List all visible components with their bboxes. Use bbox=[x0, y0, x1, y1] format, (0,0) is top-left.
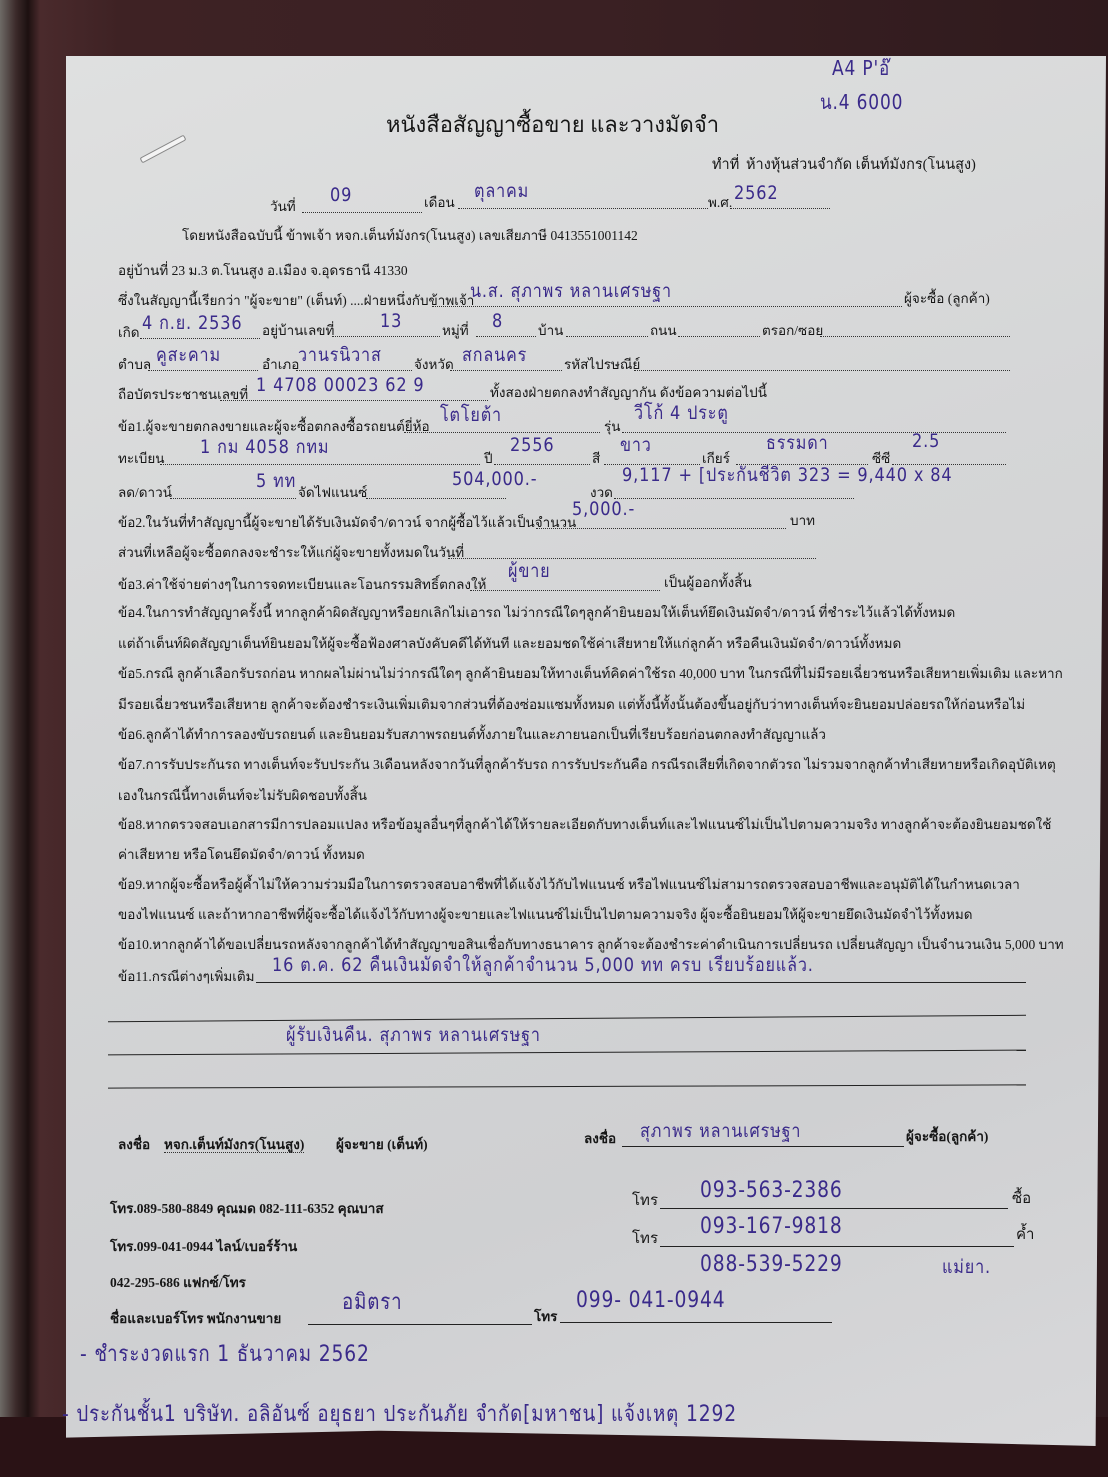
village-dots bbox=[566, 336, 648, 337]
clause-line: ข้อ5.กรณี ลูกค้าเลือกรับรถก่อน หากผลไม่ผ… bbox=[118, 667, 1063, 681]
clause-line: เองในกรณีนี้ทางเต็นท์จะไม่รับผิดชอบทั้งส… bbox=[118, 789, 367, 803]
shop-contact: โทร.099-041-0944 ไลน์/เบอร์ร้าน bbox=[110, 1240, 297, 1254]
mother-phone-number[interactable]: 088-539-5229 bbox=[700, 1254, 843, 1276]
place-value: ห้างหุ้นส่วนจำกัด เต็นท์มังกร(โนนสูง) bbox=[746, 158, 976, 173]
day-value[interactable]: 09 bbox=[330, 186, 352, 205]
salesperson-phone-label: โทร bbox=[534, 1310, 557, 1324]
district-value[interactable]: วานรนิวาส bbox=[298, 346, 382, 365]
buyer-phone-note: ซื้อ bbox=[1012, 1192, 1031, 1207]
color-value[interactable]: ขาว bbox=[620, 436, 652, 455]
buyer-phone-line bbox=[660, 1208, 1008, 1209]
remaining-label: ส่วนที่เหลือผู้จะซื้อตกลงจะชำระให้แก่ผู้… bbox=[118, 546, 464, 560]
vehicle-year-dots bbox=[494, 464, 590, 465]
down-dots bbox=[170, 498, 296, 499]
buyer-prefix-label: ซึ่งในสัญญานี้เรียกว่า "ผู้จะขาย" (เต็นท… bbox=[118, 294, 474, 308]
model-label: รุ่น bbox=[604, 420, 620, 434]
clause3-value[interactable]: ผู้ขาย bbox=[508, 562, 550, 581]
moo-value[interactable]: 8 bbox=[492, 312, 503, 331]
district-dots bbox=[296, 370, 412, 371]
installment-dots bbox=[614, 498, 854, 499]
clause3-label: ข้อ3.ค่าใช้จ่ายต่างๆในการจดทะเบียนและโอน… bbox=[118, 578, 486, 592]
born-label: เกิด bbox=[118, 326, 140, 340]
buyer-signature[interactable]: สุภาพร หลานเศรษฐา bbox=[640, 1122, 801, 1141]
road-dots bbox=[678, 336, 760, 337]
seller-sign-name: หจก.เต็นท์มังกร(โนนสูง) bbox=[164, 1138, 304, 1153]
clause-line: ข้อ8.หากตรวจสอบเอกสารมีการปลอมแปลง หรือข… bbox=[118, 818, 1051, 832]
clause2-label: ข้อ2.ในวันที่ทำสัญญานี้ผู้จะขายได้รับเงิ… bbox=[118, 516, 576, 530]
seller-address: อยู่บ้านที่ 23 ม.3 ต.โนนสูง อ.เมือง จ.อุ… bbox=[118, 264, 408, 278]
buyer-sign-role: ผู้จะซื้อ(ลูกค้า) bbox=[906, 1130, 988, 1144]
id-dots bbox=[220, 400, 488, 401]
finance-value[interactable]: 504,000.- bbox=[452, 470, 537, 489]
clause-line: ข้อ7.การรับประกันรถ ทางเต็นท์จะรับประกัน… bbox=[118, 758, 1056, 772]
salesperson-name-line bbox=[308, 1324, 532, 1325]
clause2-unit: บาท bbox=[790, 514, 815, 528]
salesperson-label: ชื่อและเบอร์โทร พนักงานขาย bbox=[110, 1312, 281, 1326]
year-label: พ.ศ. bbox=[708, 196, 732, 210]
guarantor-phone-note: ค้ำ bbox=[1016, 1228, 1034, 1243]
clause11-label: ข้อ11.กรณีต่างๆเพิ่มเติม bbox=[118, 970, 255, 984]
guarantor-phone-label: โทร bbox=[632, 1232, 658, 1247]
month-dots bbox=[458, 208, 708, 209]
page-title: หนังสือสัญญาซื้อขาย และวางมัดจำ bbox=[386, 114, 719, 136]
village-label: บ้าน bbox=[538, 324, 563, 338]
brand-dots bbox=[404, 432, 600, 433]
finance-label: จัดไฟแนนซ์ bbox=[298, 486, 367, 500]
id-value[interactable]: 1 4708 00023 62 9 bbox=[256, 376, 425, 395]
salesperson-name[interactable]: อมิตรา bbox=[342, 1292, 402, 1314]
year-vehicle-label: ปี bbox=[484, 452, 493, 466]
clause-line: ข้อ9.หากผู้จะซื้อหรือผู้ค้ำไม่ให้ความร่ว… bbox=[118, 878, 1020, 892]
guarantor-phone-line bbox=[660, 1246, 1014, 1247]
note-first-payment: - ชำระงวดแรก 1 ธันวาคม 2562 bbox=[80, 1344, 370, 1366]
province-label: จังหวัด bbox=[414, 358, 454, 372]
installment-value[interactable]: 9,117 + [ประกันชีวิต 323 = 9,440 x 84 bbox=[622, 466, 953, 485]
buyer-suffix-label: ผู้จะซื้อ (ลูกค้า) bbox=[904, 292, 990, 306]
plate-label: ทะเบียน bbox=[118, 452, 164, 466]
buyer-name[interactable]: น.ส. สุภาพร หลานเศรษฐา bbox=[470, 282, 672, 301]
province-dots bbox=[450, 370, 562, 371]
buyer-phone-label: โทร bbox=[632, 1194, 658, 1209]
subdistrict-dots bbox=[148, 370, 258, 371]
clause2-dots bbox=[536, 528, 786, 529]
postal-label: รหัสไปรษณีย์ bbox=[564, 358, 640, 372]
corner-note-line2: น.4 6000 bbox=[820, 92, 903, 112]
year-dots bbox=[730, 208, 830, 209]
brand-value[interactable]: โตโยต้า bbox=[440, 406, 502, 425]
clause-line: ข้อ4.ในการทำสัญญาครั้งนี้ หากลูกค้าผิดสั… bbox=[118, 606, 955, 620]
house-no-label: อยู่บ้านเลขที่ bbox=[262, 324, 334, 338]
road-label: ถนน bbox=[650, 324, 677, 338]
seller-sign-role: ผู้จะขาย (เต็นท์) bbox=[336, 1138, 428, 1152]
year-value[interactable]: 2562 bbox=[734, 184, 779, 203]
district-label: อำเภอ bbox=[262, 358, 299, 372]
buyer-sign-line bbox=[622, 1146, 904, 1147]
finance-dots bbox=[366, 498, 506, 499]
clause-line: มีรอยเฉี่ยวชนหรือเสียหาย ลูกค้าจะต้องชำร… bbox=[118, 698, 1025, 712]
shop-contact: โทร.089-580-8849 คุณมด 082-111-6352 คุณบ… bbox=[110, 1202, 384, 1216]
clause2-amount[interactable]: 5,000.- bbox=[572, 500, 635, 519]
clause11-text1[interactable]: 16 ต.ค. 62 คืนเงินมัดจำให้ลูกค้าจำนวน 5,… bbox=[272, 956, 814, 975]
id-suffix: ทั้งสองฝ่ายตกลงทำสัญญากัน ดังข้อความต่อไ… bbox=[490, 386, 767, 400]
corner-note-line1: A4 P'อ๊ bbox=[832, 58, 890, 78]
clause-line: ค่าเสียหาย หรือโดนยึดมัดจำ/ดาวน์ ทั้งหมด bbox=[118, 848, 365, 862]
salesperson-phone[interactable]: 099- 041-0944 bbox=[576, 1290, 725, 1312]
clause11-text2[interactable]: ผู้รับเงินคืน. สุภาพร หลานเศรษฐา bbox=[286, 1026, 541, 1045]
day-dots bbox=[302, 212, 422, 213]
gear-value[interactable]: ธรรมดา bbox=[766, 434, 829, 453]
salesperson-phone-line bbox=[560, 1322, 832, 1323]
clause-line: ข้อ6.ลูกค้าได้ทำการลองขับรถยนต์ และยินยอ… bbox=[118, 728, 826, 742]
remaining-dots bbox=[448, 558, 816, 559]
intro-text: โดยหนังสือฉบับนี้ ข้าพเจ้า หจก.เต็นท์มัง… bbox=[182, 229, 638, 243]
color-label: สี bbox=[592, 452, 600, 466]
guarantor-phone-number[interactable]: 093-167-9818 bbox=[700, 1216, 843, 1238]
buyer-sign-label: ลงชื่อ bbox=[584, 1132, 616, 1146]
month-value[interactable]: ตุลาคม bbox=[474, 182, 529, 201]
soi-label: ตรอก/ซอย bbox=[762, 324, 823, 338]
clause3-suffix: เป็นผู้ออกทั้งสิ้น bbox=[664, 576, 752, 590]
down-value[interactable]: 5 ทท bbox=[256, 472, 296, 491]
model-value[interactable]: วีโก้ 4 ประตู bbox=[634, 404, 729, 423]
province-value[interactable]: สกลนคร bbox=[462, 346, 527, 365]
clause3-dots bbox=[470, 590, 660, 591]
mother-phone-note: แม่ยา. bbox=[942, 1258, 991, 1277]
subdistrict-value[interactable]: คูสะคาม bbox=[156, 346, 221, 365]
day-label: วันที่ bbox=[270, 200, 296, 214]
buyer-name-dots bbox=[432, 306, 902, 307]
born-dots bbox=[140, 338, 260, 339]
postal-dots bbox=[634, 370, 1010, 371]
soi-dots bbox=[820, 336, 1010, 337]
shop-contact: 042-295-686 แฟกซ์/โทร bbox=[110, 1276, 246, 1290]
month-label: เดือน bbox=[424, 196, 455, 210]
buyer-phone-number[interactable]: 093-563-2386 bbox=[700, 1180, 843, 1202]
born-value[interactable]: 4 ก.ย. 2536 bbox=[142, 314, 243, 333]
note-insurance: - ประกันชั้น1 บริษัท. อลิอันซ์ อยุธยา ปร… bbox=[62, 1404, 737, 1426]
plate-value[interactable]: 1 กม 4058 กทม bbox=[200, 438, 329, 457]
place-label: ทำที่ bbox=[712, 158, 739, 173]
plate-dots bbox=[160, 464, 480, 465]
clause-line: ข้อ10.หากลูกค้าได้ขอเปลี่ยนรถหลังจากลูกค… bbox=[118, 938, 1064, 952]
clause-line: แต่ถ้าเต็นท์ผิดสัญญาเต็นท์ยินยอมให้ผู้จะ… bbox=[118, 637, 901, 651]
house-no-dots bbox=[332, 336, 440, 337]
moo-label: หมู่ที่ bbox=[442, 324, 469, 338]
vehicle-year-value[interactable]: 2556 bbox=[510, 436, 555, 455]
clause1-label: ข้อ1.ผู้จะขายตกลงขายและผู้จะซื้อตกลงซื้อ… bbox=[118, 420, 430, 434]
subdistrict-label: ตำบล bbox=[118, 358, 151, 372]
clause-line: ของไฟแนนซ์ และถ้าหากอาชีพที่ผู้จะซื้อได้… bbox=[118, 908, 973, 922]
house-no-value[interactable]: 13 bbox=[380, 312, 402, 331]
down-label: ลด/ดาวน์ bbox=[118, 486, 172, 500]
cc-value[interactable]: 2.5 bbox=[912, 432, 940, 451]
clause11-line1 bbox=[256, 982, 1026, 983]
seller-sign-label: ลงชื่อ bbox=[118, 1138, 150, 1152]
moo-dots bbox=[476, 336, 536, 337]
